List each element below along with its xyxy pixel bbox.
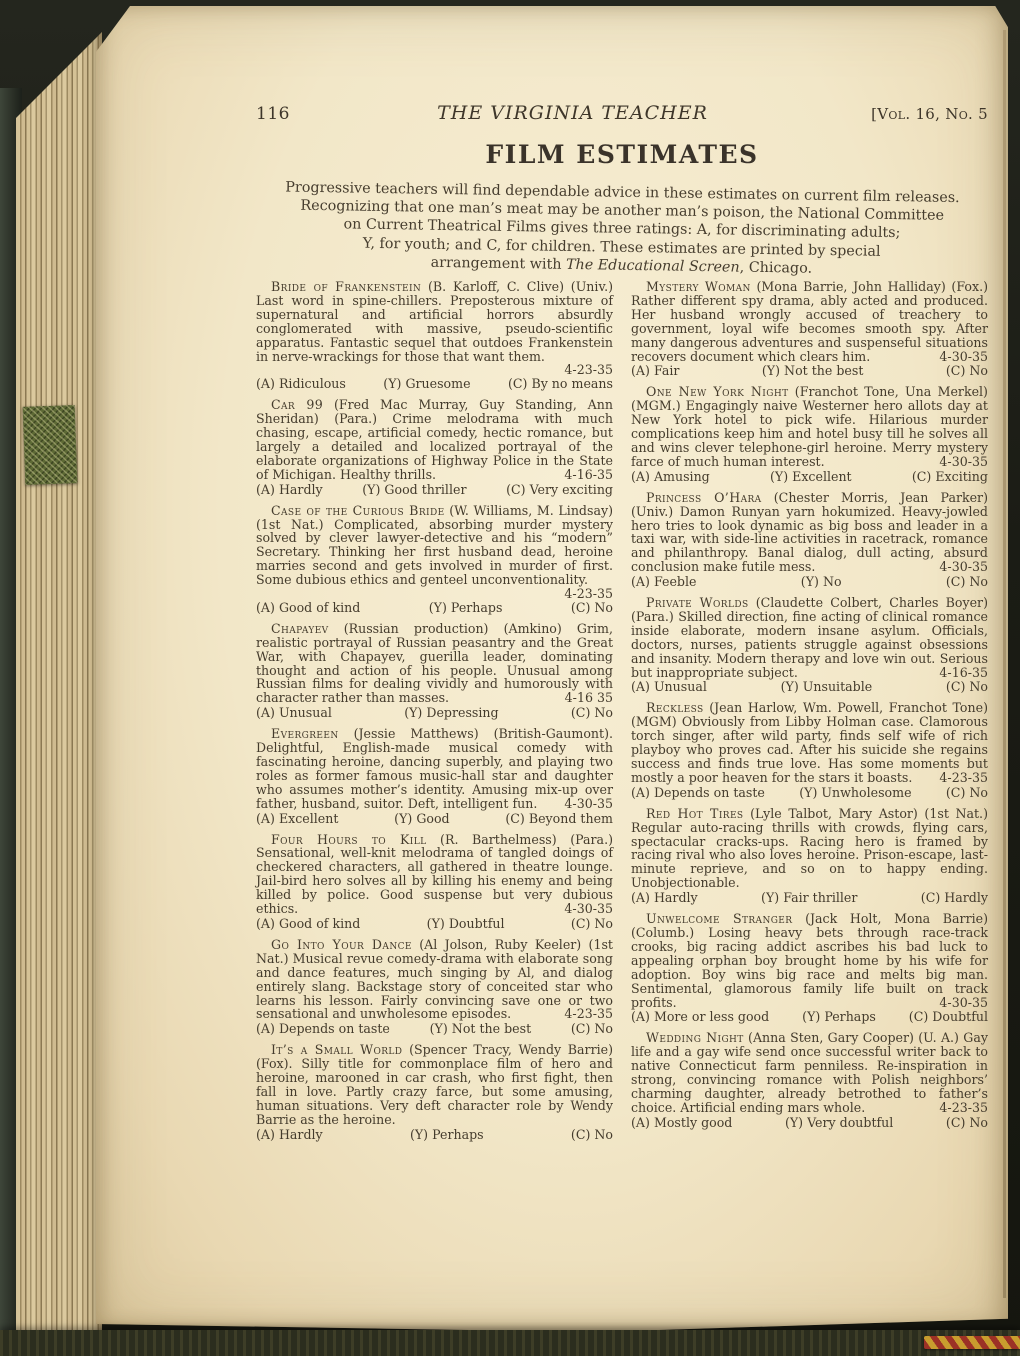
rating-adults: (A) Hardly — [256, 1128, 323, 1142]
entry-ratings: (A) Depends on taste (Y) Not the best (C… — [256, 1022, 613, 1036]
rating-children: (C) No — [946, 680, 988, 694]
rating-y-label: (Y) — [785, 1115, 803, 1130]
entry-date: 4-23-35 — [916, 1101, 988, 1115]
rating-y-value: Gruesome — [405, 376, 470, 391]
film-entry-text: Bride of Frankenstein (B. Karloff, C. Cl… — [256, 280, 613, 363]
rating-a-value: Hardly — [654, 890, 698, 905]
rating-a-value: Amusing — [654, 469, 710, 484]
film-entry-text: Princess O’Hara (Chester Morris, Jean Pa… — [631, 491, 988, 574]
film-entry: Go Into Your Dance (Al Jolson, Ruby Keel… — [256, 938, 613, 1036]
section-title: FILM ESTIMATES — [256, 140, 988, 169]
rating-c-value: Doubtful — [932, 1009, 988, 1024]
intro-line-pre: arrangement with — [431, 255, 567, 273]
rating-y-label: (Y) — [430, 1021, 448, 1036]
rating-a-label: (A) — [256, 1021, 275, 1036]
entry-date: 4-30-35 — [916, 560, 988, 574]
film-entry: Chapayev (Russian production) (Amkino) G… — [256, 622, 613, 720]
rating-y-label: (Y) — [770, 469, 788, 484]
entry-title: Private Worlds — [646, 595, 749, 610]
rating-y-label: (Y) — [781, 679, 799, 694]
film-entry-text: Car 99 (Fred Mac Murray, Guy Standing, A… — [256, 398, 613, 481]
entry-date: 4-23-35 — [541, 1007, 613, 1021]
rating-youth: (Y) Gruesome — [383, 377, 470, 391]
rating-a-value: Hardly — [279, 1127, 323, 1142]
film-entry-text: It’s a Small World (Spencer Tracy, Wendy… — [256, 1043, 613, 1126]
rating-y-value: Unsuitable — [803, 679, 872, 694]
rating-c-value: By no means — [531, 376, 613, 391]
entry-title: Unwelcome Stranger — [646, 911, 792, 926]
entry-ratings: (A) Good of kind (Y) Perhaps (C) No — [256, 601, 613, 615]
entry-title: Case of the Curious Bride — [271, 503, 445, 518]
rating-c-label: (C) — [508, 376, 527, 391]
rating-a-label: (A) — [631, 469, 650, 484]
film-entry-text: Private Worlds (Claudette Colbert, Charl… — [631, 596, 988, 679]
rating-y-label: (Y) — [404, 705, 422, 720]
film-entry: Evergreen (Jessie Matthews) (British-Gau… — [256, 727, 613, 825]
entry-date: 4-23-35 — [541, 587, 613, 601]
entry-ratings: (A) Hardly (Y) Perhaps (C) No — [256, 1128, 613, 1142]
entry-body: (Jack Holt, Mona Barrie) (Columb.) Losin… — [631, 911, 988, 1009]
rating-a-label: (A) — [631, 890, 650, 905]
column-right: Mystery Woman (Mona Barrie, John Hallida… — [631, 280, 988, 1149]
rating-adults: (A) Hardly — [256, 483, 323, 497]
rating-c-value: Beyond them — [529, 811, 613, 826]
rating-a-value: Excellent — [279, 811, 338, 826]
entry-ratings: (A) Unusual (Y) Depressing (C) No — [256, 706, 613, 720]
entry-title: One New York Night — [646, 384, 789, 399]
rating-children: (C) Very exciting — [506, 483, 613, 497]
film-entry-text: Evergreen (Jessie Matthews) (British-Gau… — [256, 727, 613, 810]
entry-date: 4-30-35 — [916, 455, 988, 469]
film-entry-text: Unwelcome Stranger (Jack Holt, Mona Barr… — [631, 912, 988, 1009]
entry-date: 4-30-35 — [916, 996, 988, 1010]
binding-headband — [924, 1336, 1020, 1349]
rating-adults: (A) More or less good — [631, 1010, 769, 1024]
rating-children: (C) No — [946, 786, 988, 800]
film-entry: Princess O’Hara (Chester Morris, Jean Pa… — [631, 491, 988, 589]
film-entry-text: Red Hot Tires (Lyle Talbot, Mary Astor) … — [631, 807, 988, 890]
rating-c-label: (C) — [571, 600, 590, 615]
rating-a-label: (A) — [631, 574, 650, 589]
rating-children: (C) No — [571, 1022, 613, 1036]
rating-children: (C) Hardly — [921, 891, 988, 905]
rating-y-value: No — [823, 574, 842, 589]
rating-a-label: (A) — [256, 811, 275, 826]
film-entry-text: Reckless (Jean Harlow, Wm. Powell, Franc… — [631, 701, 988, 784]
rating-youth: (Y) Good thriller — [362, 483, 466, 497]
rating-children: (C) Beyond them — [505, 812, 613, 826]
rating-adults: (A) Good of kind — [256, 601, 360, 615]
rating-c-value: Hardly — [944, 890, 988, 905]
rating-a-label: (A) — [256, 1127, 275, 1142]
rating-children: (C) No — [946, 1116, 988, 1130]
entry-ratings: (A) Good of kind (Y) Doubtful (C) No — [256, 917, 613, 931]
column-left: Bride of Frankenstein (B. Karloff, C. Cl… — [256, 280, 613, 1149]
film-entry: Four Hours to Kill (R. Barthelmess) (Par… — [256, 833, 613, 931]
film-entry: It’s a Small World (Spencer Tracy, Wendy… — [256, 1043, 613, 1141]
entry-title: Princess O’Hara — [646, 490, 762, 505]
page-right-edge — [1003, 30, 1006, 1298]
entry-ratings: (A) Depends on taste (Y) Unwholesome (C)… — [631, 786, 988, 800]
rating-y-label: (Y) — [362, 482, 380, 497]
rating-a-label: (A) — [256, 916, 275, 931]
entry-date: 4-16 35 — [542, 691, 613, 705]
rating-c-label: (C) — [946, 679, 965, 694]
rating-youth: (Y) Not the best — [430, 1022, 532, 1036]
rating-c-value: No — [969, 679, 988, 694]
rating-a-value: Ridiculous — [279, 376, 346, 391]
rating-c-label: (C) — [946, 574, 965, 589]
entry-ratings: (A) Hardly (Y) Good thriller (C) Very ex… — [256, 483, 613, 497]
rating-youth: (Y) Depressing — [404, 706, 498, 720]
journal-title: THE VIRGINIA TEACHER — [437, 102, 708, 124]
entry-ratings: (A) Feeble (Y) No (C) No — [631, 575, 988, 589]
entry-title: Go Into Your Dance — [271, 937, 412, 952]
rating-c-value: No — [594, 600, 613, 615]
rating-a-label: (A) — [631, 1115, 650, 1130]
rating-c-label: (C) — [571, 1021, 590, 1036]
rating-c-label: (C) — [921, 890, 940, 905]
rating-adults: (A) Unusual — [631, 680, 707, 694]
rating-c-label: (C) — [946, 785, 965, 800]
rating-adults: (A) Depends on taste — [256, 1022, 390, 1036]
rating-c-value: No — [594, 1127, 613, 1142]
film-entry: Mystery Woman (Mona Barrie, John Hallida… — [631, 280, 988, 378]
rating-a-label: (A) — [631, 785, 650, 800]
rating-adults: (A) Depends on taste — [631, 786, 765, 800]
rating-y-label: (Y) — [801, 574, 819, 589]
film-entry-text: Mystery Woman (Mona Barrie, John Hallida… — [631, 280, 988, 363]
rating-y-label: (Y) — [427, 916, 445, 931]
rating-children: (C) Exciting — [912, 470, 988, 484]
rating-a-value: Unusual — [654, 679, 707, 694]
rating-y-value: Perhaps — [432, 1127, 484, 1142]
rating-adults: (A) Good of kind — [256, 917, 360, 931]
rating-a-value: Unusual — [279, 705, 332, 720]
rating-y-label: (Y) — [802, 1009, 820, 1024]
film-entry: Wedding Night (Anna Sten, Gary Cooper) (… — [631, 1031, 988, 1129]
rating-a-value: More or less good — [654, 1009, 769, 1024]
intro-paragraph: Progressive teachers will find dependabl… — [255, 178, 988, 281]
rating-y-value: Unwholesome — [821, 785, 911, 800]
entry-title: Chapayev — [271, 621, 329, 636]
film-entry: Case of the Curious Bride (W. Williams, … — [256, 504, 613, 615]
film-entry-text: Chapayev (Russian production) (Amkino) G… — [256, 622, 613, 705]
entry-date: 4-30-35 — [916, 350, 988, 364]
rating-children: (C) No — [571, 601, 613, 615]
rating-c-label: (C) — [571, 916, 590, 931]
rating-y-label: (Y) — [383, 376, 401, 391]
book-page-edges — [16, 26, 102, 1340]
entry-title: Evergreen — [271, 726, 339, 741]
entry-title: Reckless — [646, 700, 704, 715]
page-content: 116 THE VIRGINIA TEACHER [Vol. 16, No. 5… — [256, 102, 988, 1149]
intro-line-post: , Chicago. — [740, 259, 813, 276]
rating-y-value: Perhaps — [451, 600, 503, 615]
entry-title: It’s a Small World — [271, 1042, 402, 1057]
rating-y-label: (Y) — [799, 785, 817, 800]
rating-a-value: Feeble — [654, 574, 697, 589]
rating-youth: (Y) Fair thriller — [761, 891, 857, 905]
rating-youth: (Y) Doubtful — [427, 917, 505, 931]
rating-a-label: (A) — [631, 363, 650, 378]
entry-title: Four Hours to Kill — [271, 832, 427, 847]
rating-a-value: Good of kind — [279, 916, 360, 931]
entry-date: 4-16-35 — [916, 666, 988, 680]
rating-a-label: (A) — [256, 600, 275, 615]
rating-y-value: Perhaps — [824, 1009, 876, 1024]
rating-youth: (Y) Excellent — [770, 470, 852, 484]
rating-children: (C) No — [571, 917, 613, 931]
rating-y-value: Not the best — [452, 1021, 531, 1036]
entry-title: Car 99 — [271, 397, 323, 412]
book-bottom-edge — [0, 1330, 1020, 1356]
rating-youth: (Y) Good — [394, 812, 449, 826]
rating-adults: (A) Feeble — [631, 575, 696, 589]
entry-ratings: (A) Amusing (Y) Excellent (C) Exciting — [631, 470, 988, 484]
page-number: 116 — [256, 104, 290, 124]
book-scan: 116 THE VIRGINIA TEACHER [Vol. 16, No. 5… — [0, 0, 1020, 1356]
bookmark-tab — [23, 405, 78, 485]
rating-y-value: Fair thriller — [783, 890, 857, 905]
rating-c-value: No — [969, 1115, 988, 1130]
film-entry-text: Go Into Your Dance (Al Jolson, Ruby Keel… — [256, 938, 613, 1021]
rating-y-label: (Y) — [429, 600, 447, 615]
rating-adults: (A) Fair — [631, 364, 679, 378]
entry-title: Bride of Frankenstein — [271, 279, 421, 294]
rating-y-value: Good thriller — [384, 482, 466, 497]
rating-adults: (A) Hardly — [631, 891, 698, 905]
rating-y-label: (Y) — [394, 811, 412, 826]
rating-y-value: Excellent — [792, 469, 851, 484]
rating-children: (C) Doubtful — [909, 1010, 988, 1024]
entry-date: 4-23-35 — [541, 363, 613, 377]
rating-a-label: (A) — [256, 705, 275, 720]
rating-c-value: No — [594, 916, 613, 931]
rating-y-value: Doubtful — [449, 916, 505, 931]
rating-youth: (Y) Perhaps — [802, 1010, 876, 1024]
rating-adults: (A) Unusual — [256, 706, 332, 720]
rating-a-value: Mostly good — [654, 1115, 732, 1130]
intro-line-italic: The Educational Screen — [566, 257, 740, 276]
entry-date: 4-30-35 — [541, 902, 613, 916]
rating-y-value: Not the best — [784, 363, 863, 378]
entry-ratings: (A) Mostly good (Y) Very doubtful (C) No — [631, 1116, 988, 1130]
rating-c-value: No — [969, 785, 988, 800]
rating-children: (C) No — [946, 364, 988, 378]
rating-children: (C) No — [946, 575, 988, 589]
rating-adults: (A) Mostly good — [631, 1116, 732, 1130]
entry-title: Wedding Night — [646, 1030, 744, 1045]
rating-c-label: (C) — [571, 705, 590, 720]
rating-children: (C) No — [571, 706, 613, 720]
entry-title: Red Hot Tires — [646, 806, 743, 821]
entry-ratings: (A) Hardly (Y) Fair thriller (C) Hardly — [631, 891, 988, 905]
entry-ratings: (A) More or less good (Y) Perhaps (C) Do… — [631, 1010, 988, 1024]
entry-date: 4-30-35 — [541, 797, 613, 811]
rating-c-value: No — [594, 705, 613, 720]
rating-c-label: (C) — [912, 469, 931, 484]
rating-a-value: Fair — [654, 363, 679, 378]
film-entry-text: Wedding Night (Anna Sten, Gary Cooper) (… — [631, 1031, 988, 1114]
rating-y-label: (Y) — [410, 1127, 428, 1142]
volume-info: [Vol. 16, No. 5 — [871, 105, 988, 123]
film-entry-text: One New York Night (Franchot Tone, Una M… — [631, 385, 988, 468]
film-entry: Unwelcome Stranger (Jack Holt, Mona Barr… — [631, 912, 988, 1024]
rating-youth: (Y) Very doubtful — [785, 1116, 893, 1130]
film-entry: Private Worlds (Claudette Colbert, Charl… — [631, 596, 988, 694]
rating-y-label: (Y) — [761, 890, 779, 905]
rating-a-label: (A) — [256, 482, 275, 497]
rating-y-value: Good — [416, 811, 449, 826]
rating-youth: (Y) Unsuitable — [781, 680, 873, 694]
entry-ratings: (A) Unusual (Y) Unsuitable (C) No — [631, 680, 988, 694]
entry-date: 4-23-35 — [916, 771, 988, 785]
entry-date: 4-16-35 — [541, 468, 613, 482]
rating-y-value: Depressing — [426, 705, 498, 720]
rating-c-value: No — [969, 363, 988, 378]
entry-ratings: (A) Fair (Y) Not the best (C) No — [631, 364, 988, 378]
rating-youth: (Y) Perhaps — [410, 1128, 484, 1142]
entry-ratings: (A) Ridiculous (Y) Gruesome (C) By no me… — [256, 377, 613, 391]
rating-c-value: Exciting — [935, 469, 988, 484]
rating-a-value: Depends on taste — [654, 785, 765, 800]
rating-youth: (Y) Not the best — [762, 364, 864, 378]
page-header: 116 THE VIRGINIA TEACHER [Vol. 16, No. 5 — [256, 102, 988, 124]
rating-children: (C) By no means — [508, 377, 613, 391]
film-entry: Car 99 (Fred Mac Murray, Guy Standing, A… — [256, 398, 613, 496]
rating-youth: (Y) Perhaps — [429, 601, 503, 615]
rating-c-value: Very exciting — [530, 482, 613, 497]
rating-adults: (A) Amusing — [631, 470, 710, 484]
rating-a-label: (A) — [631, 679, 650, 694]
film-entry-text: Four Hours to Kill (R. Barthelmess) (Par… — [256, 833, 613, 916]
film-entry: Bride of Frankenstein (B. Karloff, C. Cl… — [256, 280, 613, 391]
rating-youth: (Y) No — [801, 575, 842, 589]
entry-ratings: (A) Excellent (Y) Good (C) Beyond them — [256, 812, 613, 826]
rating-adults: (A) Excellent — [256, 812, 338, 826]
rating-a-label: (A) — [631, 1009, 650, 1024]
rating-a-value: Good of kind — [279, 600, 360, 615]
rating-c-label: (C) — [571, 1127, 590, 1142]
film-columns: Bride of Frankenstein (B. Karloff, C. Cl… — [256, 280, 988, 1149]
rating-c-value: No — [969, 574, 988, 589]
rating-a-label: (A) — [256, 376, 275, 391]
rating-y-value: Very doubtful — [807, 1115, 893, 1130]
rating-c-label: (C) — [946, 1115, 965, 1130]
rating-a-value: Depends on taste — [279, 1021, 390, 1036]
film-entry: One New York Night (Franchot Tone, Una M… — [631, 385, 988, 483]
film-entry: Red Hot Tires (Lyle Talbot, Mary Astor) … — [631, 807, 988, 905]
rating-children: (C) No — [571, 1128, 613, 1142]
film-entry: Reckless (Jean Harlow, Wm. Powell, Franc… — [631, 701, 988, 799]
rating-youth: (Y) Unwholesome — [799, 786, 911, 800]
rating-c-label: (C) — [909, 1009, 928, 1024]
rating-c-value: No — [594, 1021, 613, 1036]
rating-c-label: (C) — [946, 363, 965, 378]
rating-a-value: Hardly — [279, 482, 323, 497]
rating-c-label: (C) — [505, 811, 524, 826]
rating-y-label: (Y) — [762, 363, 780, 378]
rating-c-label: (C) — [506, 482, 525, 497]
film-entry-text: Case of the Curious Bride (W. Williams, … — [256, 504, 613, 587]
entry-title: Mystery Woman — [646, 279, 751, 294]
rating-adults: (A) Ridiculous — [256, 377, 346, 391]
scanned-page: 116 THE VIRGINIA TEACHER [Vol. 16, No. 5… — [96, 6, 1008, 1332]
